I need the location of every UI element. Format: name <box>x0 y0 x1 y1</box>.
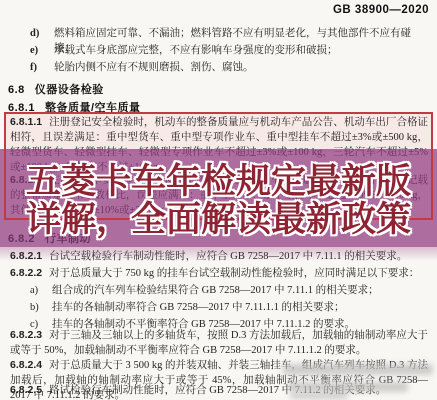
list-item-f: f) 轮胎内侧不应有不规则磨损、割伤、腐蚀。 <box>30 60 420 75</box>
clause-6823: 6.8.2.3对于三轴及三轴以上的多轴货车，按照 D.3 方法加载后，加载轴的轴… <box>10 328 428 358</box>
clause-num-6812: 6.8.1.2 <box>10 174 42 186</box>
sub-text-a: 组合成的汽车列车检验结果符合 GB 7258—2017 中 7.11.1 的相关… <box>52 283 379 298</box>
clause-num-6823: 6.8.2.3 <box>10 329 42 341</box>
blurred-text-region <box>283 364 433 375</box>
section-heading-68: 6.8仪器设备检验 <box>8 81 104 97</box>
sub-label-a: a) <box>30 283 52 298</box>
section-heading-681: 6.8.1整备质量/空车质量 <box>8 99 141 115</box>
clause-num-6824: 6.8.2.4 <box>10 359 42 371</box>
list-text-f: 轮胎内侧不应有不规则磨损、割伤、腐蚀。 <box>54 60 254 75</box>
section-num-68: 6.8 <box>8 84 25 96</box>
sub-label-b: b) <box>30 300 52 315</box>
clause-num-6825: 6.8.2.5 <box>10 384 42 396</box>
clause-text-6821: 台试空载检验行车制动性能时，应符合 GB 7258—2017 中 7.11.1 … <box>49 251 407 262</box>
clause-num-6822: 6.8.2.2 <box>10 267 42 279</box>
section-title-68: 仪器设备检验 <box>35 84 104 96</box>
list-label-f: f) <box>30 60 54 75</box>
blurred-text-region <box>288 382 408 392</box>
document-page: GB 38900—2020 d) 燃料箱应固定可靠、不漏油；燃料管路不应有明显老… <box>0 0 437 400</box>
sub-item-a: a) 组合成的汽车列车检验结果符合 GB 7258—2017 中 7.11.1 … <box>30 283 428 298</box>
section-title-681: 整备质量/空车质量 <box>45 102 141 114</box>
sub-text-b: 挂车的各轴制动率符合 GB 7258—2017 中 7.11.1.1 的相关要求… <box>52 300 344 315</box>
list-label-e: e) <box>30 43 54 58</box>
list-text-e: 承载式车身底部应完整，不应有影响车身强度的变形和破损； <box>54 43 338 58</box>
clause-6811: 6.8.1.1注册登记安全检验时，机动车的整备质量应与机动车产品公告、机动车出厂… <box>10 115 428 175</box>
clause-6821: 6.8.2.1台试空载检验行车制动性能时，应符合 GB 7258—2017 中 … <box>10 249 428 264</box>
clause-6812: 6.8.1.2在用机动车安全检验时，测得的机动车整备（空车）质量与机动车注册登记… <box>10 173 428 218</box>
section-heading-682: 6.8.2行车制动 <box>8 230 91 246</box>
clause-6822: 6.8.2.2对于总质量大于 750 kg 的挂车台试空载制动性能检验时，应同时… <box>10 266 428 281</box>
clause-num-6811: 6.8.1.1 <box>10 116 42 128</box>
clause-text-6812: 在用机动车安全检验时，测得的机动车整备（空车）质量与机动车注册登记时记载的整备质… <box>10 175 428 216</box>
clause-text-6823: 对于三轴及三轴以上的多轴货车，按照 D.3 方法加载后，加载轴的轴制动率应大于或… <box>10 330 428 356</box>
blurred-text-region <box>290 393 348 399</box>
standard-number: GB 38900—2020 <box>333 4 429 16</box>
sub-item-b: b) 挂车的各轴制动率符合 GB 7258—2017 中 7.11.1.1 的相… <box>30 300 428 315</box>
section-num-682: 6.8.2 <box>8 233 35 245</box>
clause-text-6822: 对于总质量大于 750 kg 的挂车台试空载制动性能检验时，应同时满足以下要求： <box>49 268 419 279</box>
section-num-681: 6.8.1 <box>8 102 35 114</box>
clause-num-6821: 6.8.2.1 <box>10 250 42 262</box>
list-item-e: e) 承载式车身底部应完整，不应有影响车身强度的变形和破损； <box>30 43 420 58</box>
section-title-682: 行车制动 <box>45 233 91 245</box>
clause-text-6811: 注册登记安全检验时，机动车的整备质量应与机动车产品公告、机动车出厂合格证相符，且… <box>10 117 428 173</box>
